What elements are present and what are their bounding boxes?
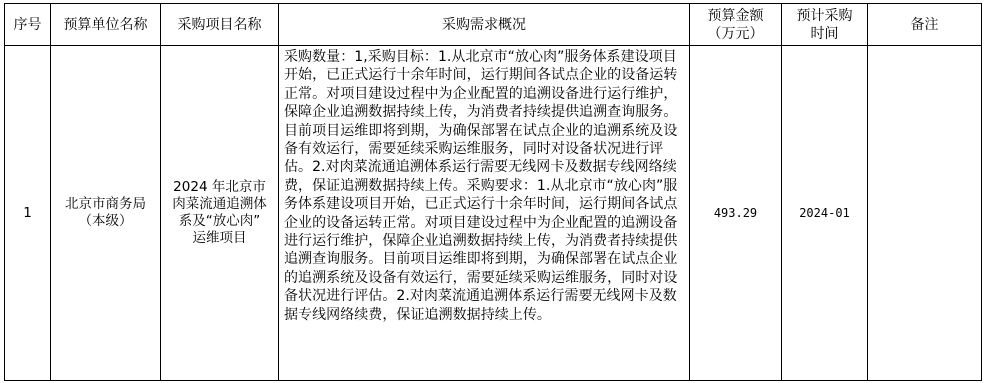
- cell-time: 2024-01: [782, 46, 868, 381]
- header-row: 序号 预算单位名称 采购项目名称 采购需求概况 预算金额 （万元） 预计采购 时…: [5, 4, 982, 46]
- header-overview: 采购需求概况: [279, 4, 690, 46]
- header-time-line1: 预计采购: [782, 7, 867, 25]
- header-time: 预计采购 时间: [782, 4, 868, 46]
- cell-remark: [868, 46, 982, 381]
- procurement-table-container: 序号 预算单位名称 采购项目名称 采购需求概况 预算金额 （万元） 预计采购 时…: [4, 3, 982, 381]
- header-budget-line2: （万元）: [690, 25, 781, 43]
- cell-project-line2: 肉菜流通追溯体: [161, 196, 278, 213]
- header-remark: 备注: [868, 4, 982, 46]
- header-project: 采购项目名称: [161, 4, 279, 46]
- cell-overview: 采购数量：1,采购目标：1.从北京市“放心肉”服务体系建设项目开始，已正式运行十…: [279, 46, 690, 381]
- header-time-line2: 时间: [782, 25, 867, 43]
- cell-project-line4: 运维项目: [161, 230, 278, 247]
- procurement-table: 序号 预算单位名称 采购项目名称 采购需求概况 预算金额 （万元） 预计采购 时…: [4, 3, 982, 381]
- cell-index: 1: [5, 46, 51, 381]
- table-header: 序号 预算单位名称 采购项目名称 采购需求概况 预算金额 （万元） 预计采购 时…: [5, 4, 982, 46]
- header-budget: 预算金额 （万元）: [690, 4, 782, 46]
- table-row: 1 北京市商务局 （本级） 2024 年北京市 肉菜流通追溯体 系及“放心肉” …: [5, 46, 982, 381]
- cell-budget: 493.29: [690, 46, 782, 381]
- header-budget-line1: 预算金额: [690, 7, 781, 25]
- cell-unit-line1: 北京市商务局: [51, 196, 160, 213]
- cell-unit: 北京市商务局 （本级）: [51, 46, 161, 381]
- cell-project: 2024 年北京市 肉菜流通追溯体 系及“放心肉” 运维项目: [161, 46, 279, 381]
- cell-unit-line2: （本级）: [51, 213, 160, 230]
- header-unit: 预算单位名称: [51, 4, 161, 46]
- header-index: 序号: [5, 4, 51, 46]
- table-body: 1 北京市商务局 （本级） 2024 年北京市 肉菜流通追溯体 系及“放心肉” …: [5, 46, 982, 381]
- cell-project-line1: 2024 年北京市: [161, 179, 278, 196]
- cell-project-line3: 系及“放心肉”: [161, 213, 278, 230]
